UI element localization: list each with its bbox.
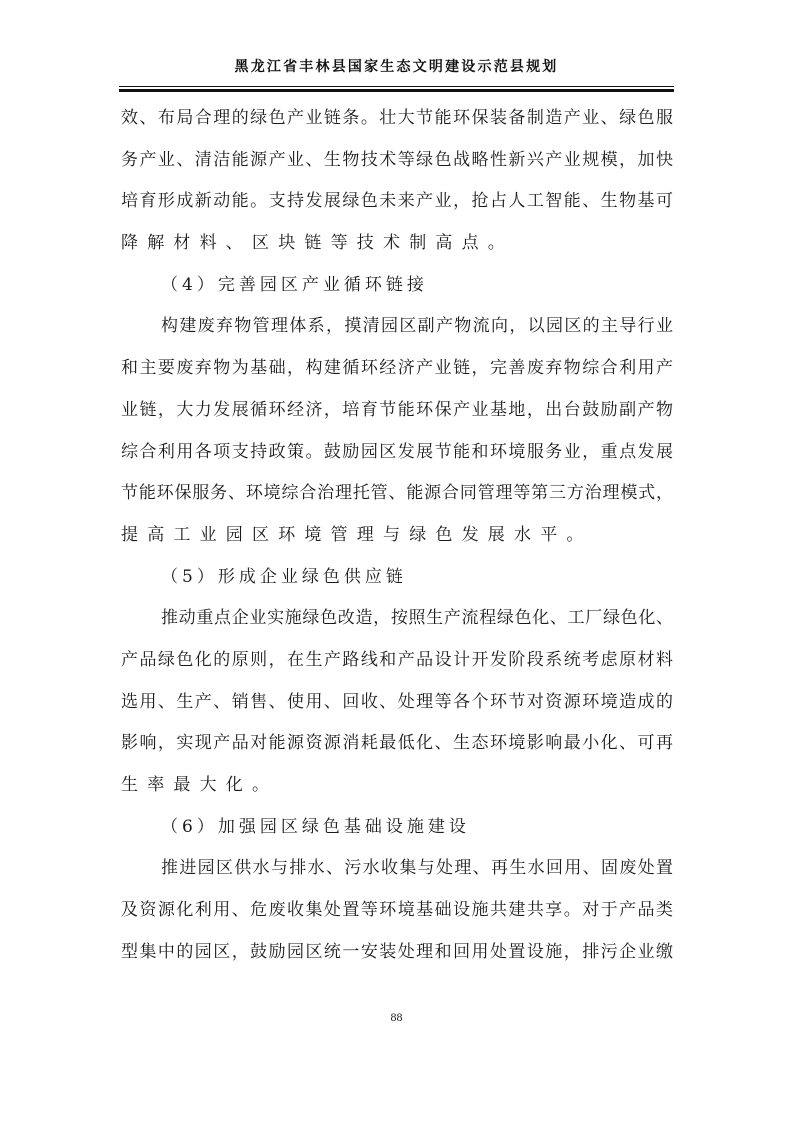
text-line: 提高工业园区环境管理与绿色发展水平。 xyxy=(121,524,673,566)
running-header-title: 黑龙江省丰林县国家生态文明建设示范县规划 xyxy=(119,58,674,76)
section-heading-6: （6）加强园区绿色基础设施建设 xyxy=(121,816,673,858)
section-heading-5: （5）形成企业绿色供应链 xyxy=(121,566,673,608)
header-rule-thick xyxy=(119,89,674,92)
paragraph-first-line: 推动重点企业实施绿色改造，按照生产流程绿色化、工厂绿色化、 xyxy=(121,607,673,649)
body-text: 效、布局合理的绿色产业链条。壮大节能环保装备制造产业、绿色服 务产业、清洁能源产… xyxy=(121,107,673,982)
text-line: 影响，实现产品对能源资源消耗最低化、生态环境影响最小化、可再 xyxy=(121,732,673,774)
document-page: 黑龙江省丰林县国家生态文明建设示范县规划 效、布局合理的绿色产业链条。壮大节能环… xyxy=(0,0,793,1122)
text-line: 节能环保服务、环境综合治理托管、能源合同管理等第三方治理模式， xyxy=(121,482,673,524)
text-line: 产品绿色化的原则，在生产路线和产品设计开发阶段系统考虑原材料 xyxy=(121,649,673,691)
section-heading-4: （4）完善园区产业循环链接 xyxy=(121,274,673,316)
text-line: 业链，大力发展循环经济，培育节能环保产业基地，出台鼓励副产物 xyxy=(121,399,673,441)
text-line: 型集中的园区，鼓励园区统一安装处理和回用处置设施，排污企业缴 xyxy=(121,941,673,983)
text-line: 效、布局合理的绿色产业链条。壮大节能环保装备制造产业、绿色服 xyxy=(121,107,673,149)
text-line: 和主要废弃物为基础，构建循环经济产业链，完善废弃物综合利用产 xyxy=(121,357,673,399)
text-line: 降解材料、区块链等技术制高点。 xyxy=(121,232,673,274)
paragraph-first-line: 构建废弃物管理体系，摸清园区副产物流向，以园区的主导行业 xyxy=(121,315,673,357)
header-rule-thin xyxy=(119,86,674,87)
text-line: 选用、生产、销售、使用、回收、处理等各个环节对资源环境造成的 xyxy=(121,691,673,733)
page-number: 88 xyxy=(0,1010,793,1025)
text-line: 培育形成新动能。支持发展绿色未来产业，抢占人工智能、生物基可 xyxy=(121,190,673,232)
text-line: 务产业、清洁能源产业、生物技术等绿色战略性新兴产业规模，加快 xyxy=(121,149,673,191)
paragraph-first-line: 推进园区供水与排水、污水收集与处理、再生水回用、固废处置 xyxy=(121,857,673,899)
text-line: 及资源化利用、危废收集处置等环境基础设施共建共享。对于产品类 xyxy=(121,899,673,941)
text-line: 生率最大化。 xyxy=(121,774,673,816)
text-line: 综合利用各项支持政策。鼓励园区发展节能和环境服务业，重点发展 xyxy=(121,441,673,483)
